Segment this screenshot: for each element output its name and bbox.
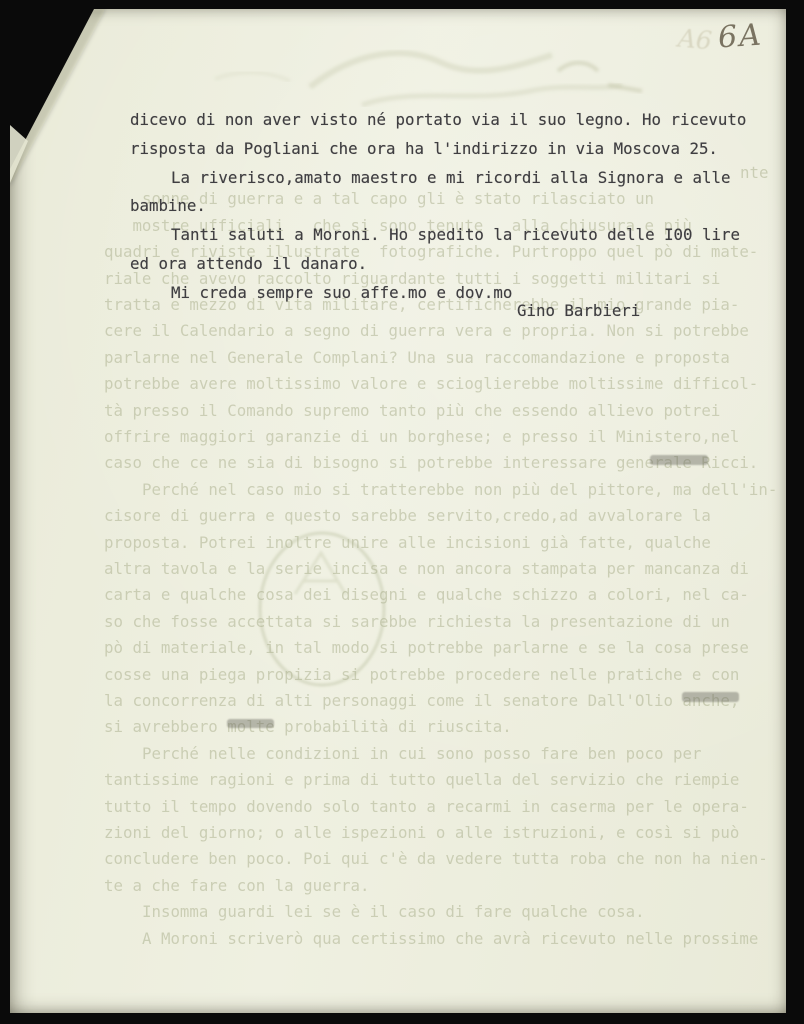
- ghost-page-number: A6: [677, 24, 713, 56]
- letter-line: risposta da Pogliani che ora ha l'indiri…: [130, 140, 718, 157]
- photo-of-letter: { "photo": { "background_color": "#0a0a0…: [0, 0, 804, 1024]
- letter-line: La riverisco,amato maestro e mi ricordi …: [171, 169, 730, 186]
- letter-line: Mi creda sempre suo affe.mo e dov.mo: [171, 284, 512, 301]
- folded-corner: [10, 9, 140, 209]
- letter-line: ed ora attendo il danaro.: [130, 255, 367, 272]
- letter-line: dicevo di non aver visto né portato via …: [130, 111, 746, 128]
- page-number-annotation: 6A: [717, 17, 764, 55]
- letter-paper: ntesonne di guerra e a tal capo gli è st…: [10, 9, 786, 1013]
- letter-line: bambine.: [130, 197, 206, 214]
- letter-line: Tanti saluti a Moroni. Ho spedito la ric…: [171, 226, 740, 243]
- letter-line: Gino Barbieri: [517, 302, 640, 319]
